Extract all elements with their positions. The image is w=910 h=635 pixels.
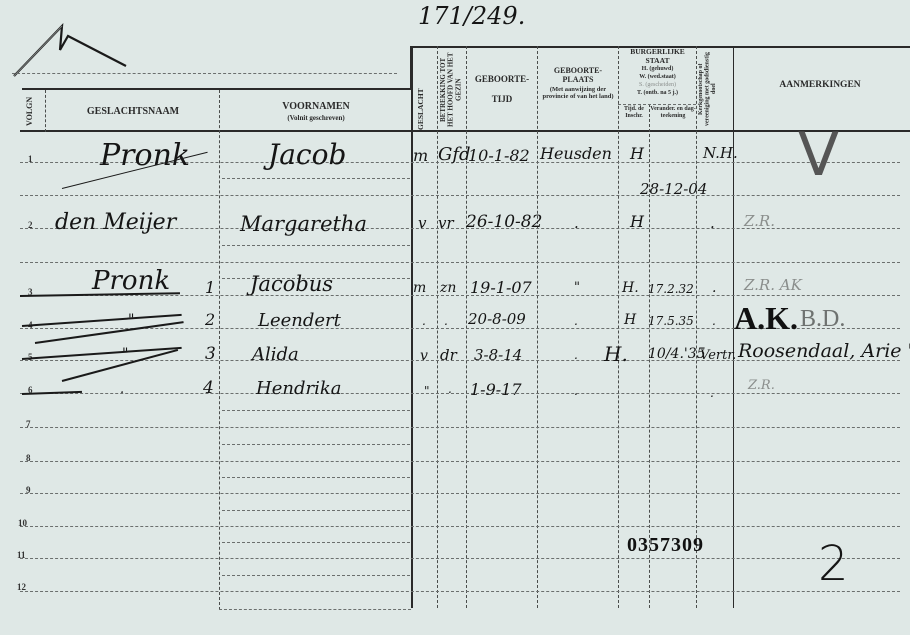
col-rule-betrekking	[437, 46, 438, 608]
first-name-row-4: Leendert	[258, 310, 341, 331]
church-row-4: .	[712, 314, 716, 328]
first-name-row-5: Alida	[252, 344, 299, 365]
birth-place-row-4: .	[574, 314, 578, 328]
row-number: 2	[28, 220, 33, 230]
birth-date-row-2: 26-10-82	[466, 212, 542, 232]
first-name-row-3: Jacobus	[250, 272, 333, 296]
sub-line	[222, 575, 410, 576]
relation-row-2: vr	[438, 214, 454, 232]
strikethrough-row-4b	[35, 321, 184, 344]
col-rule-volgn	[45, 90, 46, 132]
birth-date-row-6: 1-9-17	[470, 380, 522, 399]
birth-place-row-6: .	[574, 384, 578, 398]
col-rule-geslacht	[411, 46, 413, 608]
row-number: 10	[18, 518, 27, 528]
birth-place-row-2: .	[574, 214, 579, 232]
civil-status-row-5: H.	[604, 342, 628, 366]
row-number: 1	[28, 154, 33, 164]
birth-place-row-5: .	[574, 348, 578, 362]
civil-status-row-3: H.	[622, 280, 639, 296]
surname-row-3: Pronk	[92, 266, 170, 296]
child-number-row-3: 1	[205, 278, 215, 297]
header-bs-w: W. (wed.staat)	[620, 74, 695, 81]
check-mark: V	[798, 120, 839, 190]
col-rule-geboorteplaats	[537, 46, 538, 608]
sex-row-3: m	[413, 280, 426, 296]
surname-row-2: den Meijer	[55, 210, 176, 235]
birth-date-row-1: 10-1-82	[468, 146, 530, 165]
civil-change-row-4: 17.5.35	[648, 314, 694, 328]
header-bs-s: S. (gescheiden)	[620, 82, 695, 89]
first-name-row-1: Jacob	[268, 138, 346, 171]
remarks-row-3: Z.R. AK	[744, 276, 802, 294]
header-burgerlijke-staat: BURGERLIJKE STAAT	[620, 48, 695, 65]
row-line-9	[20, 493, 900, 494]
header-geboorteplaats-2: PLAATS	[539, 75, 617, 84]
sub-line	[222, 245, 410, 246]
header-bs-t: T. (ontb. na 5 j.)	[620, 90, 695, 97]
header-voornamen: VOORNAMEN	[222, 101, 410, 113]
sex-row-4: .	[422, 314, 426, 328]
header-tijd-inschr: Tijd. de Inschr.	[619, 106, 649, 120]
remarks-row-2: Z.R.	[744, 212, 775, 230]
header-voornamen-sub: (Volnit geschreven)	[222, 114, 410, 122]
child-number-row-6: 4	[203, 378, 214, 398]
sex-row-2: v	[418, 214, 426, 232]
header-geboortetijd-2: TIJD	[468, 94, 536, 104]
church-row-6: .	[710, 386, 714, 400]
header-bottom-rule	[20, 130, 910, 132]
row-line-11	[20, 558, 900, 559]
first-name-row-2: Margaretha	[240, 212, 367, 236]
relation-row-4: .	[444, 314, 448, 328]
strikethrough-row-3	[20, 292, 180, 297]
row-line-6	[20, 393, 900, 394]
row-number: 8	[26, 453, 31, 463]
child-number-row-4: 2	[205, 310, 215, 329]
church-row-1: N.H.	[703, 144, 738, 162]
birth-date-row-3: 19-1-07	[470, 278, 532, 297]
header-bs-h: H. (gehuwd)	[620, 66, 695, 73]
stamp-ak: A.K.	[734, 300, 798, 337]
civil-change-row-3: 17.2.32	[648, 282, 694, 296]
birth-place-row-3: "	[574, 280, 580, 295]
sub-line	[222, 410, 410, 411]
row-line-1b	[20, 195, 900, 196]
upper-dotted-rule	[12, 73, 397, 74]
relation-row-3: zn	[440, 280, 456, 296]
col-rule-bs	[618, 46, 619, 608]
first-name-row-6: Hendrika	[256, 378, 341, 399]
civil-change-row-5: 10/4.'35	[648, 346, 706, 362]
civil-status-row-4: H	[624, 312, 636, 328]
surname-row-4: "	[128, 312, 134, 328]
header-betrekking: BETREKKING TOT HET HOOFD VAN HET GEZIN	[440, 50, 466, 130]
row-line-2b	[20, 262, 900, 263]
birth-date-row-5: 3-8-14	[474, 346, 522, 364]
bs-subdivider	[618, 104, 696, 105]
header-aanmerkingen: AANMERKINGEN	[735, 80, 905, 91]
header-top-rule	[22, 88, 412, 90]
serial-number: 0357309	[627, 534, 704, 557]
surname-row-5: "	[122, 346, 128, 362]
row-number: 11	[17, 550, 26, 560]
header-kerkgenootschap: Kerkgenootschap of vereeniging met godsd…	[698, 48, 732, 130]
row-line-8	[20, 461, 900, 462]
relation-row-5: dr	[440, 346, 457, 364]
sex-row-6: "	[424, 384, 430, 398]
church-row-2: .	[710, 214, 715, 232]
sub-line	[222, 178, 410, 179]
birth-date-row-4: 20-8-09	[468, 310, 526, 328]
row-number: 7	[26, 419, 31, 429]
reference-number: 171/249.	[418, 2, 525, 30]
civil-status-row-1: H	[630, 144, 644, 163]
col-rule-geboortetijd	[466, 46, 467, 608]
church-row-5: Vertr.	[700, 348, 736, 363]
row-number: 9	[26, 485, 31, 495]
row-line-10	[20, 526, 900, 527]
header-geslachtsnaam: GESLACHTSNAAM	[48, 106, 218, 118]
header-volgn: VOLGN	[26, 92, 35, 130]
header-geboorteplaats-1: GEBOORTE-	[539, 66, 617, 75]
sub-line	[222, 510, 410, 511]
relation-row-6: .	[448, 382, 452, 396]
registration-card: 171/249. VOLGN GESLACHTSNAAM VOORNAMEN (…	[0, 0, 910, 635]
sub-line	[222, 477, 410, 478]
surname-row-6: .	[120, 382, 124, 397]
civil-status-row-2: H	[630, 212, 644, 231]
col-rule-voornamen	[219, 90, 220, 610]
row-number: 12	[17, 582, 26, 592]
civil-change-row-1: 28-12-04	[640, 180, 707, 198]
sub-line	[222, 542, 410, 543]
page-mark: 2	[818, 536, 849, 592]
header-geslacht: GESLACHT	[417, 88, 425, 130]
sub-line	[222, 444, 410, 445]
stamp-bd: B.D.	[800, 306, 845, 333]
church-row-3: .	[712, 280, 716, 296]
header-geboorteplaats-sub: (Met aanwijzing der provincie of van het…	[541, 86, 615, 101]
corner-checkmark-icon	[10, 20, 130, 80]
child-number-row-5: 3	[205, 344, 216, 364]
col-rule-kerk	[696, 46, 697, 608]
remarks-row-6: Z.R.	[748, 378, 775, 393]
row-line-7	[20, 427, 900, 428]
birth-place-row-1: Heusden	[540, 144, 612, 163]
sex-row-5: v	[420, 348, 428, 364]
sex-row-1: m	[413, 146, 428, 165]
header-geboortetijd-1: GEBOORTE-	[468, 74, 536, 84]
remarks-row-5: Roosendaal, Arie '10	[738, 340, 910, 362]
header-verander: Verander. en dag-teekening	[650, 106, 696, 120]
voornamen-bottom-line	[219, 609, 411, 610]
row-line-12	[20, 591, 900, 592]
relation-row-1: Gfd	[438, 144, 471, 165]
